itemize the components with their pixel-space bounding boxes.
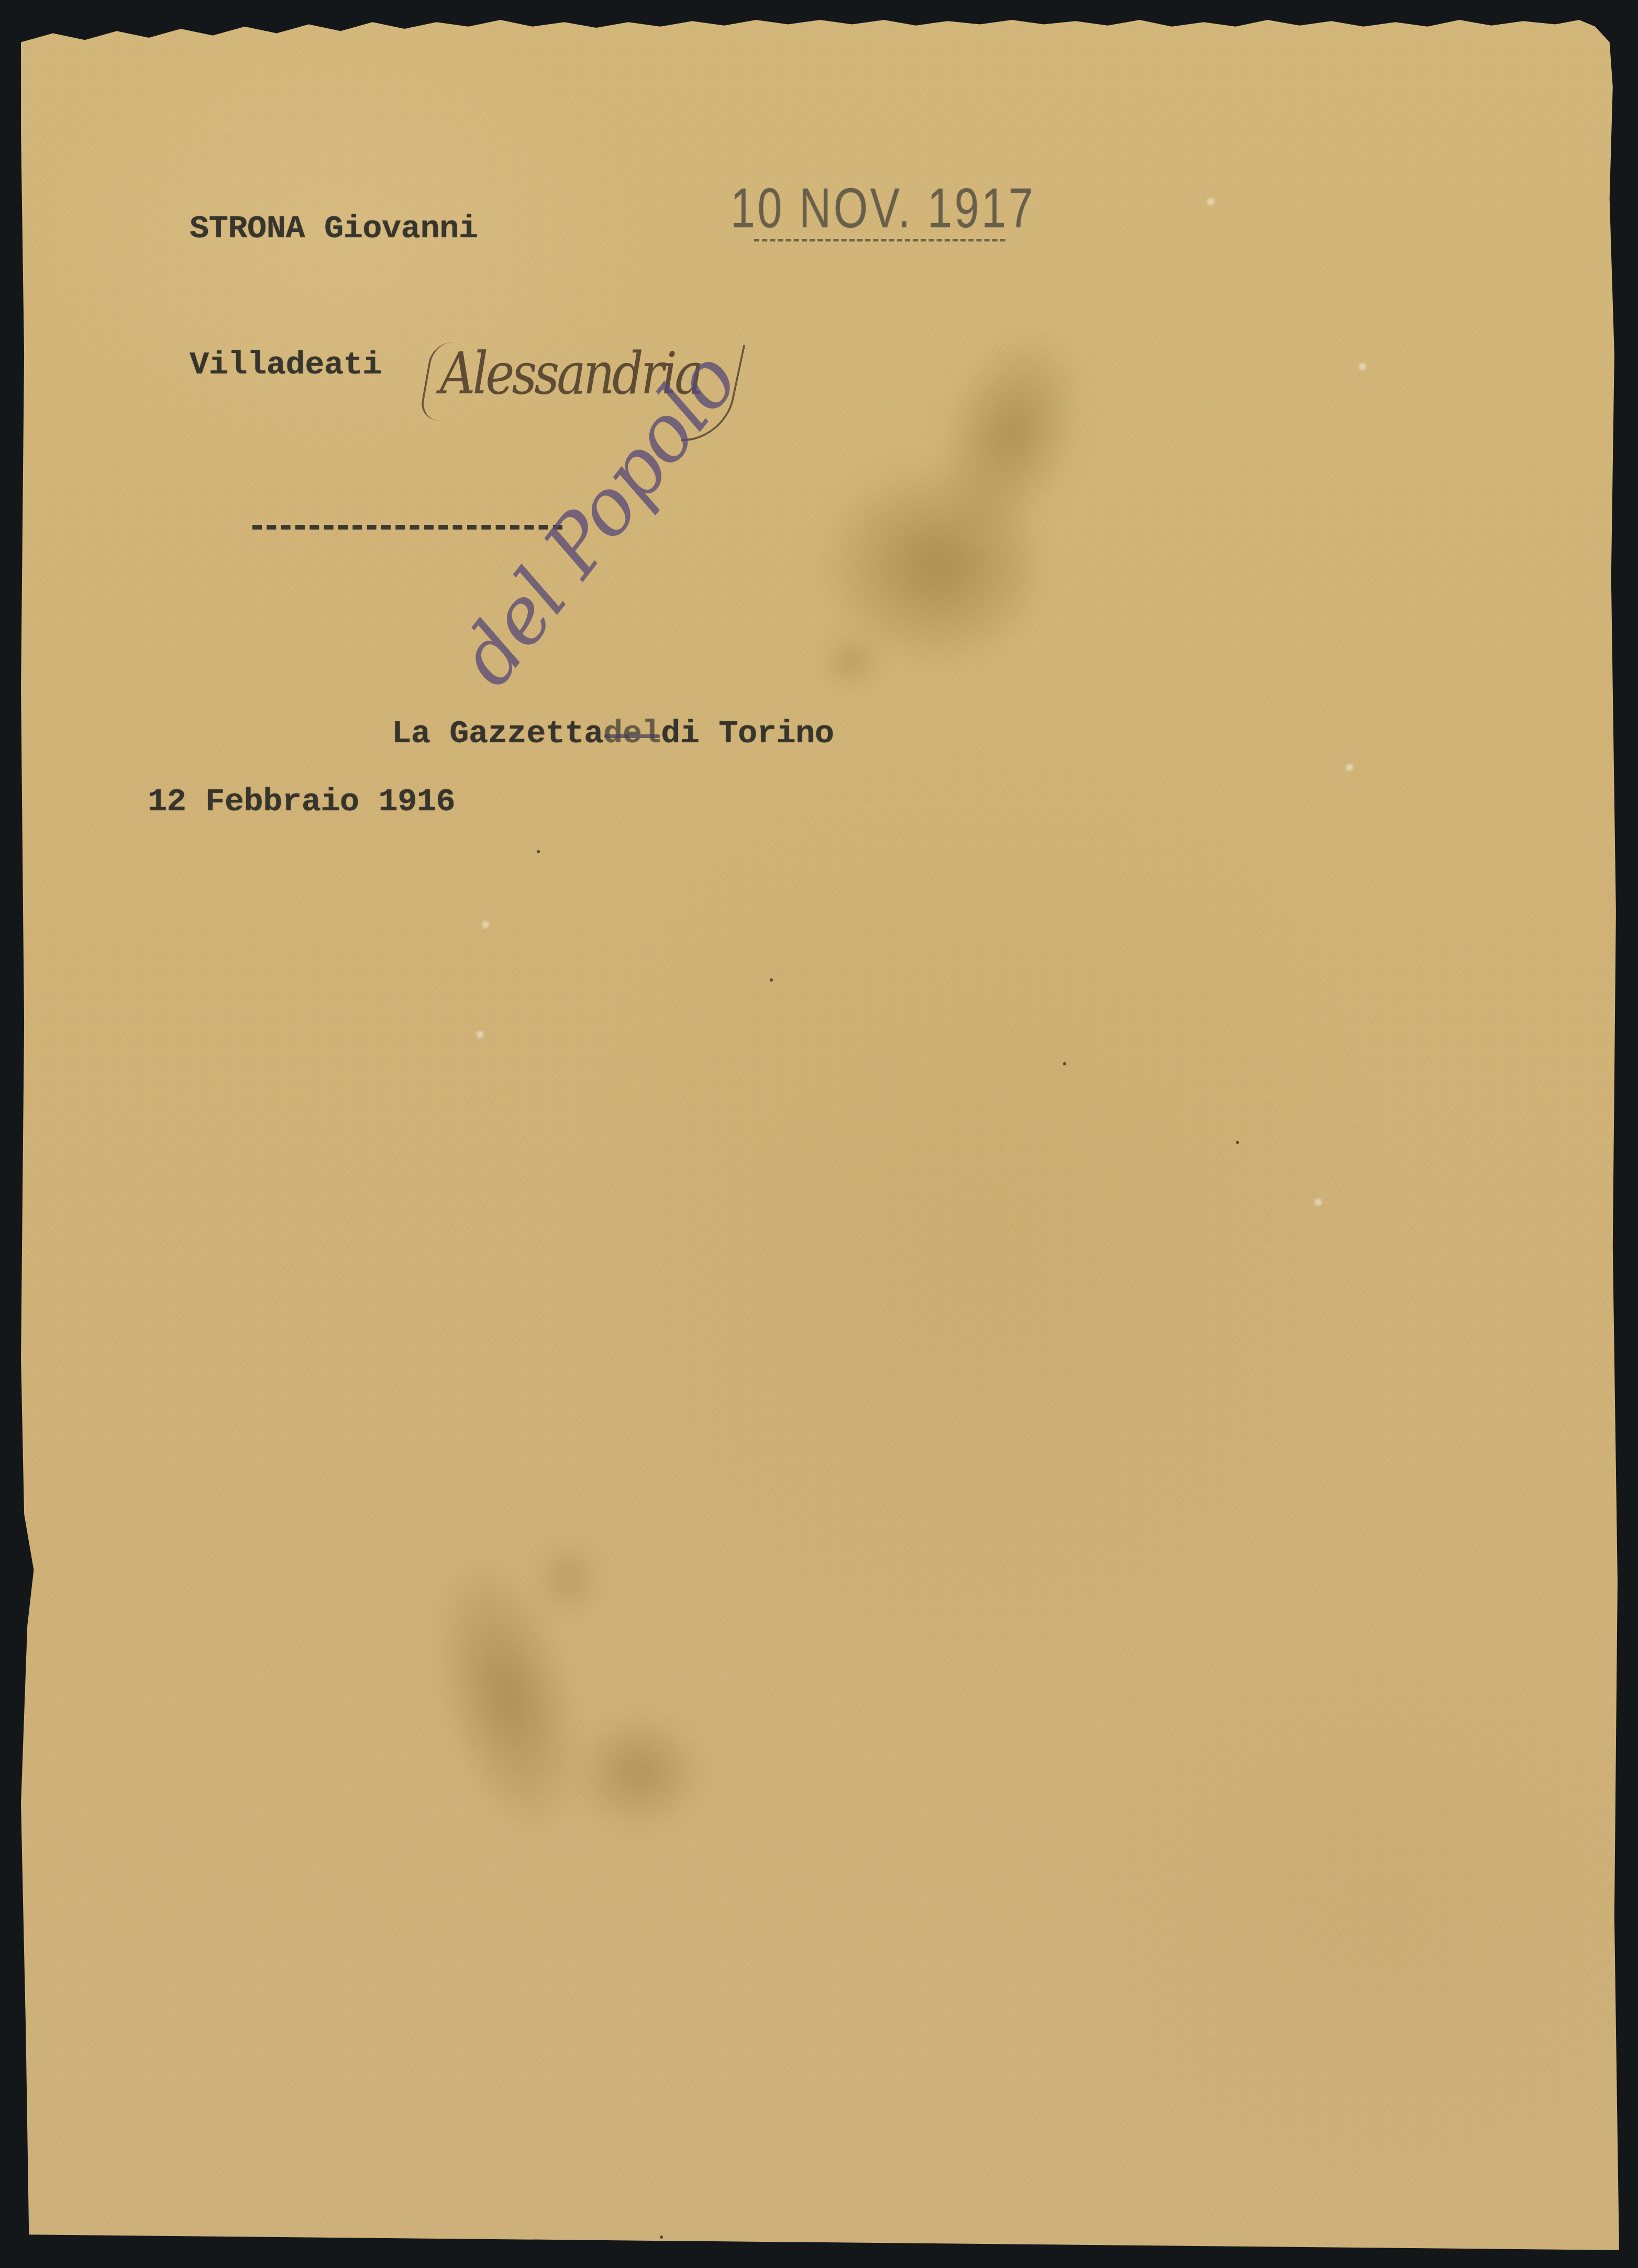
- water-stain-upper: [817, 460, 1037, 669]
- paper-speck: [660, 2236, 663, 2239]
- scan-background: 10 NOV. 1917 STRONA Giovanni Villadeati …: [0, 0, 1638, 2268]
- paper-pinhole: [477, 1031, 484, 1038]
- paper-speck: [770, 978, 773, 982]
- newspaper-prefix: La Gazzetta: [392, 715, 603, 752]
- water-stain-lower-top: [534, 1539, 602, 1617]
- water-stain-lower: [404, 1537, 612, 1855]
- person-name: STRONA Giovanni: [190, 213, 478, 245]
- paper-speck: [537, 850, 540, 853]
- water-stain-upper-tail: [909, 307, 1112, 560]
- newspaper-name: La Gazzettadeldi Torino: [276, 685, 834, 783]
- paper-pinhole: [1207, 198, 1214, 205]
- document-date: 12 Febbraio 1916: [148, 786, 455, 818]
- paper-pinhole: [1346, 764, 1353, 771]
- struck-text: del: [603, 718, 661, 750]
- paper-speck: [1236, 1141, 1239, 1144]
- received-date-stamp: 10 NOV. 1917: [731, 180, 1035, 236]
- water-stain-upper-drop: [822, 638, 880, 685]
- paper-pinhole: [1359, 363, 1366, 370]
- paper-pinhole: [1314, 1198, 1322, 1206]
- paper-speck: [1063, 1062, 1066, 1065]
- stamp-underline: [754, 239, 1005, 241]
- document-paper: 10 NOV. 1917 STRONA Giovanni Villadeati …: [21, 20, 1619, 2250]
- paper-pinhole: [482, 921, 489, 928]
- newspaper-suffix: di Torino: [661, 715, 834, 752]
- place-name: Villadeati: [190, 349, 382, 381]
- separator-rule: [252, 525, 562, 530]
- water-stain-lower-right: [571, 1712, 707, 1832]
